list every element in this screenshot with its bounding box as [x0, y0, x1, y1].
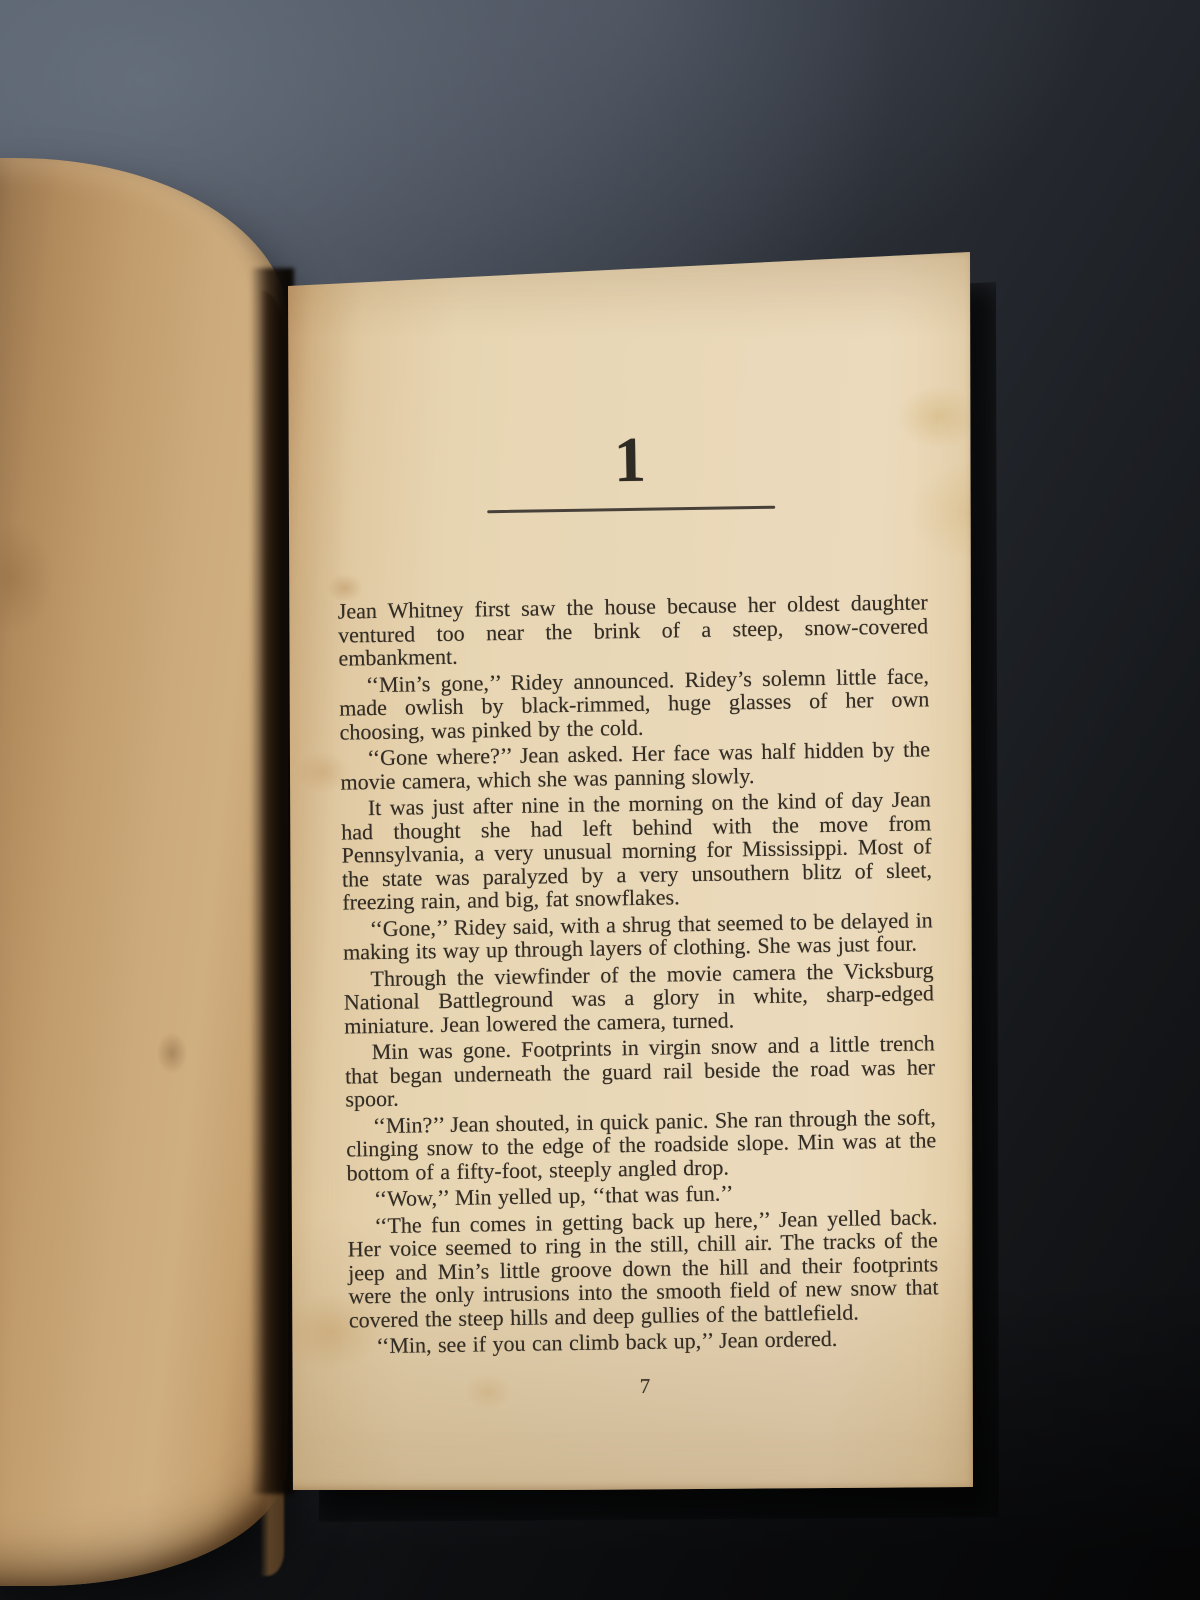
paragraph: ‘‘Gone,’’ Ridey said, with a shrug that …: [343, 908, 934, 964]
chapter-number: 1: [335, 423, 926, 496]
book-photo: 1 Jean Whitney first saw the house becau…: [0, 0, 1200, 1600]
book-page: 1 Jean Whitney first saw the house becau…: [283, 252, 975, 1490]
paragraph: Through the viewfinder of the movie came…: [343, 958, 934, 1038]
paragraph: Jean Whitney first saw the house because…: [338, 590, 929, 670]
paragraph: ‘‘Gone where?’’ Jean asked. Her face was…: [340, 737, 931, 793]
body-text: Jean Whitney first saw the house because…: [338, 590, 940, 1358]
book-gutter-shadow: [250, 268, 294, 1494]
paragraph: It was just after nine in the morning on…: [341, 787, 933, 914]
page-number: 7: [350, 1369, 940, 1403]
paragraph: ‘‘Min’s gone,’’ Ridey announced. Ridey’s…: [339, 664, 930, 744]
left-page-curl: [0, 158, 288, 1586]
paragraph: ‘‘The fun comes in getting back up here,…: [347, 1205, 939, 1332]
paragraph: ‘‘Min?’’ Jean shouted, in quick panic. S…: [346, 1105, 937, 1185]
chapter-divider-rule: [487, 506, 775, 514]
paragraph: Min was gone. Footprints in virgin snow …: [345, 1031, 936, 1111]
page-content: 1 Jean Whitney first saw the house becau…: [332, 247, 940, 1403]
